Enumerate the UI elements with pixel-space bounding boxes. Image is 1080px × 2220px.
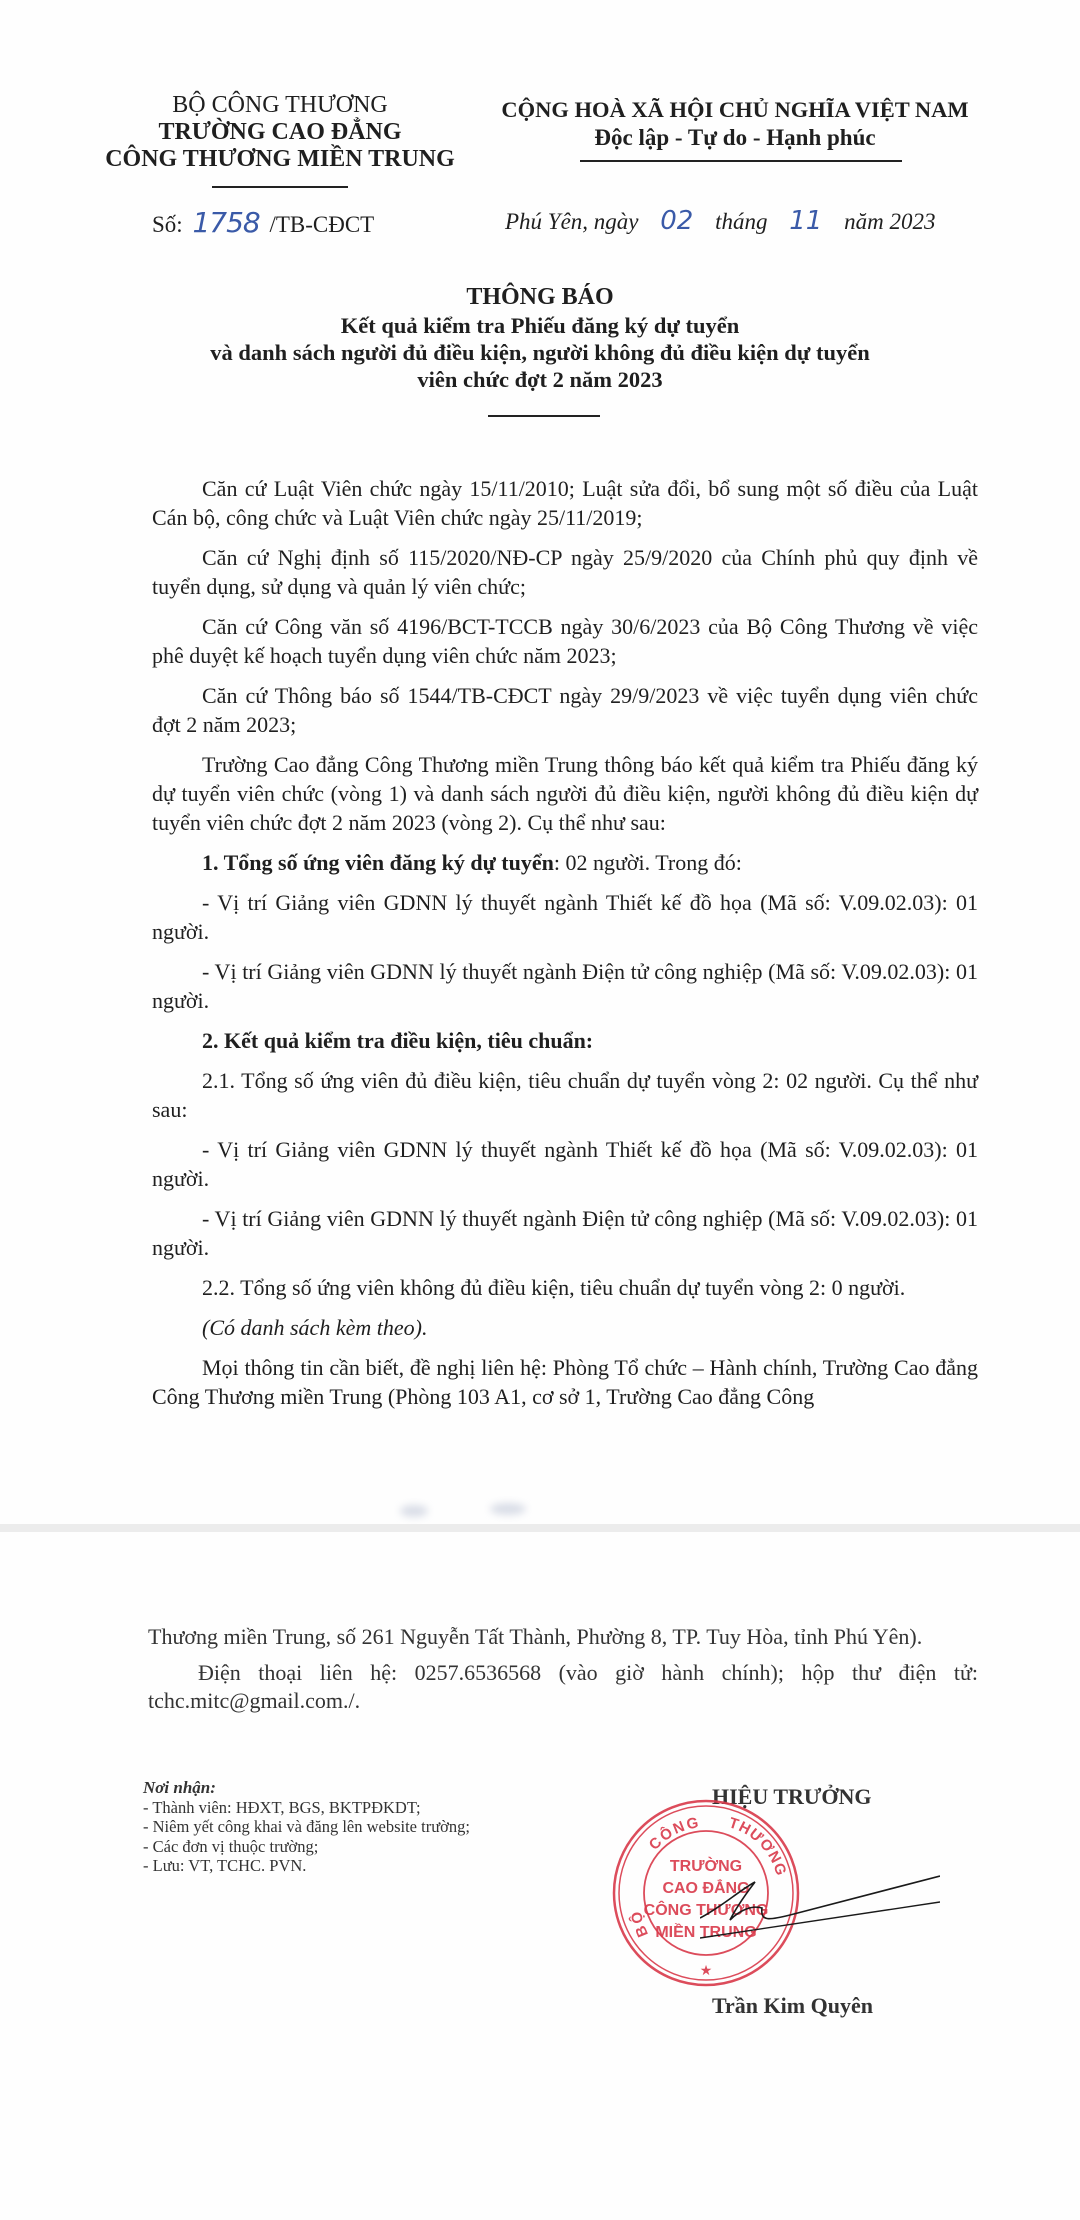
document-number-handwritten: 1758 (192, 206, 259, 239)
ministry-name: BỘ CÔNG THƯƠNG (100, 92, 460, 119)
section-1-item-1: - Vị trí Giảng viên GDNN lý thuyết ngành… (152, 888, 978, 946)
issuing-agency: BỘ CÔNG THƯƠNG TRƯỜNG CAO ĐẲNG CÔNG THƯƠ… (100, 92, 460, 173)
document-body: Căn cứ Luật Viên chức ngày 15/11/2010; L… (152, 474, 978, 1422)
recipient-item: - Các đơn vị thuộc trường; (143, 1837, 583, 1857)
handwritten-signature-icon (700, 1860, 940, 1960)
title-line2: và danh sách người đủ điều kiện, người k… (120, 339, 960, 366)
recipient-item: - Lưu: VT, TCHC. PVN. (143, 1856, 583, 1876)
document-page-1: BỘ CÔNG THƯƠNG TRƯỜNG CAO ĐẲNG CÔNG THƯƠ… (0, 0, 1080, 1524)
document-number-suffix: /TB-CĐCT (269, 212, 374, 237)
recipients-list: Nơi nhận: - Thành viên: HĐXT, BGS, BKTPĐ… (143, 1778, 583, 1876)
section-2-1-item-1: - Vị trí Giảng viên GDNN lý thuyết ngành… (152, 1135, 978, 1193)
legal-basis-4: Căn cứ Thông báo số 1544/TB-CĐCT ngày 29… (152, 681, 978, 739)
year-text: năm 2023 (844, 209, 935, 234)
contact-paragraph-start: Mọi thông tin cần biết, đề nghị liên hệ:… (152, 1353, 978, 1411)
school-name-line1: TRƯỜNG CAO ĐẲNG (100, 119, 460, 146)
document-title: THÔNG BÁO Kết quả kiểm tra Phiếu đăng ký… (120, 282, 960, 393)
month-handwritten: 11 (789, 206, 822, 236)
title-heading: THÔNG BÁO (120, 282, 960, 312)
nation-name: CỘNG HOÀ XÃ HỘI CHỦ NGHĨA VIỆT NAM (485, 96, 985, 124)
contact-paragraph-end: Thương miền Trung, số 261 Nguyễn Tất Thà… (148, 1623, 978, 1726)
national-motto: Độc lập - Tự do - Hạnh phúc (485, 124, 985, 152)
section-2-heading: 2. Kết quả kiểm tra điều kiện, tiêu chuẩ… (152, 1026, 978, 1055)
svg-text:CÔNG: CÔNG (646, 1814, 702, 1854)
legal-basis-1: Căn cứ Luật Viên chức ngày 15/11/2010; L… (152, 474, 978, 532)
section-1-item-2: - Vị trí Giảng viên GDNN lý thuyết ngành… (152, 957, 978, 1015)
signer-name: Trần Kim Quyên (712, 1993, 873, 2019)
document-number-prefix: Số: (152, 212, 183, 237)
section-2-1-item-2: - Vị trí Giảng viên GDNN lý thuyết ngành… (152, 1204, 978, 1262)
legal-basis-2: Căn cứ Nghị định số 115/2020/NĐ-CP ngày … (152, 543, 978, 601)
scan-smudge (490, 1503, 526, 1515)
section-1-heading: 1. Tổng số ứng viên đăng ký dự tuyển (202, 850, 554, 875)
month-label: tháng (715, 209, 767, 234)
recipients-heading: Nơi nhận: (143, 1778, 583, 1798)
document-number: Số: 1758 /TB-CĐCT (152, 206, 374, 239)
section-1: 1. Tổng số ứng viên đăng ký dự tuyển: 02… (152, 848, 978, 877)
agency-underline (212, 186, 348, 188)
place-and-date: Phú Yên, ngày 02 tháng 11 năm 2023 (505, 206, 935, 236)
svg-text:★: ★ (700, 1962, 713, 1978)
section-2-2: 2.2. Tổng số ứng viên không đủ điều kiện… (152, 1273, 978, 1302)
scan-smudge (400, 1505, 428, 1517)
contact-address: Thương miền Trung, số 261 Nguyễn Tất Thà… (148, 1623, 978, 1651)
announcement-intro: Trường Cao đẳng Công Thương miền Trung t… (152, 750, 978, 837)
recipient-item: - Niêm yết công khai và đăng lên website… (143, 1817, 583, 1837)
national-header: CỘNG HOÀ XÃ HỘI CHỦ NGHĨA VIỆT NAM Độc l… (485, 96, 985, 152)
title-line1: Kết quả kiểm tra Phiếu đăng ký dự tuyển (120, 312, 960, 339)
section-1-summary: : 02 người. Trong đó: (554, 850, 742, 875)
section-2-1: 2.1. Tổng số ứng viên đủ điều kiện, tiêu… (152, 1066, 978, 1124)
title-line3: viên chức đợt 2 năm 2023 (120, 366, 960, 393)
legal-basis-3: Căn cứ Công văn số 4196/BCT-TCCB ngày 30… (152, 612, 978, 670)
page-break (0, 1524, 1080, 1532)
title-underline (488, 415, 600, 417)
place-prefix: Phú Yên, ngày (505, 209, 639, 234)
recipient-item: - Thành viên: HĐXT, BGS, BKTPĐKDT; (143, 1798, 583, 1818)
day-handwritten: 02 (660, 206, 693, 236)
contact-phone-email: Điện thoại liên hệ: 0257.6536568 (vào gi… (148, 1659, 978, 1715)
motto-underline (580, 160, 902, 162)
attachment-note: (Có danh sách kèm theo). (152, 1313, 978, 1342)
school-name-line2: CÔNG THƯƠNG MIỀN TRUNG (100, 146, 460, 173)
